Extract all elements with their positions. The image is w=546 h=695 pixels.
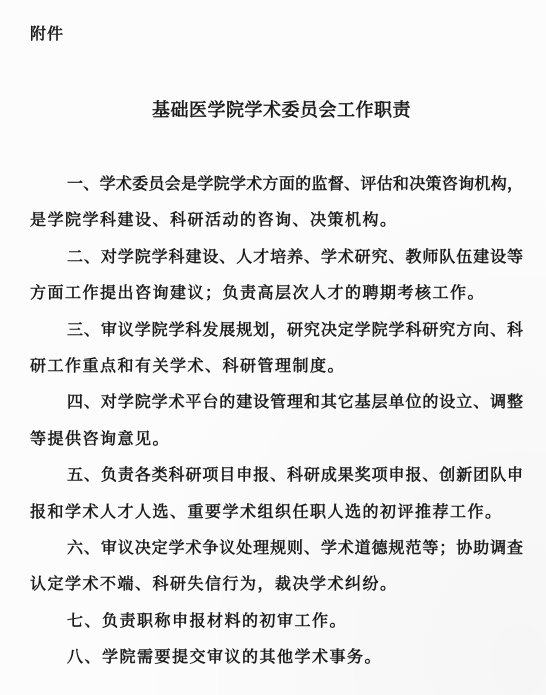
paragraph-line: 二、对学院学科建设、人才培养、学术研究、教师队伍建设等	[30, 240, 523, 276]
paragraph-line: 四、对学院学术平台的建设管理和其它基层单位的设立、调整	[30, 385, 523, 421]
scanned-document-page: 附件 基础医学院学术委员会工作职责 一、学术委员会是学院学术方面的监督、评估和决…	[0, 0, 546, 695]
paragraph-line: 五、负责各类科研项目申报、科研成果奖项申报、创新团队申	[30, 458, 523, 494]
paragraph-line: 认定学术不端、科研失信行为，裁决学术纠纷。	[30, 567, 523, 603]
paragraph-line: 研工作重点和有关学术、科研管理制度。	[30, 349, 523, 385]
attachment-label: 附件	[30, 21, 64, 44]
paragraph-line: 等提供咨询意见。	[30, 422, 523, 458]
paragraph-line: 报和学术人才人选、重要学术组织任职人选的初评推荐工作。	[30, 495, 523, 531]
paragraph-line: 六、审议决定学术争议处理规则、学术道德规范等；协助调查	[30, 531, 523, 567]
paragraph-line: 一、学术委员会是学院学术方面的监督、评估和决策咨询机构，	[30, 167, 523, 203]
document-title: 基础医学院学术委员会工作职责	[30, 96, 523, 122]
paragraph-line: 八、学院需要提交审议的其他学术事务。	[30, 640, 523, 676]
document-body: 一、学术委员会是学院学术方面的监督、评估和决策咨询机构， 是学院学科建设、科研活…	[30, 167, 523, 676]
paragraph-line: 方面工作提出咨询建议；负责高层次人才的聘期考核工作。	[30, 276, 523, 312]
paragraph-line: 是学院学科建设、科研活动的咨询、决策机构。	[30, 203, 523, 239]
paragraph-line: 三、审议学院学科发展规划，研究决定学院学科研究方向、科	[30, 313, 523, 349]
paragraph-line: 七、负责职称申报材料的初审工作。	[30, 604, 523, 640]
